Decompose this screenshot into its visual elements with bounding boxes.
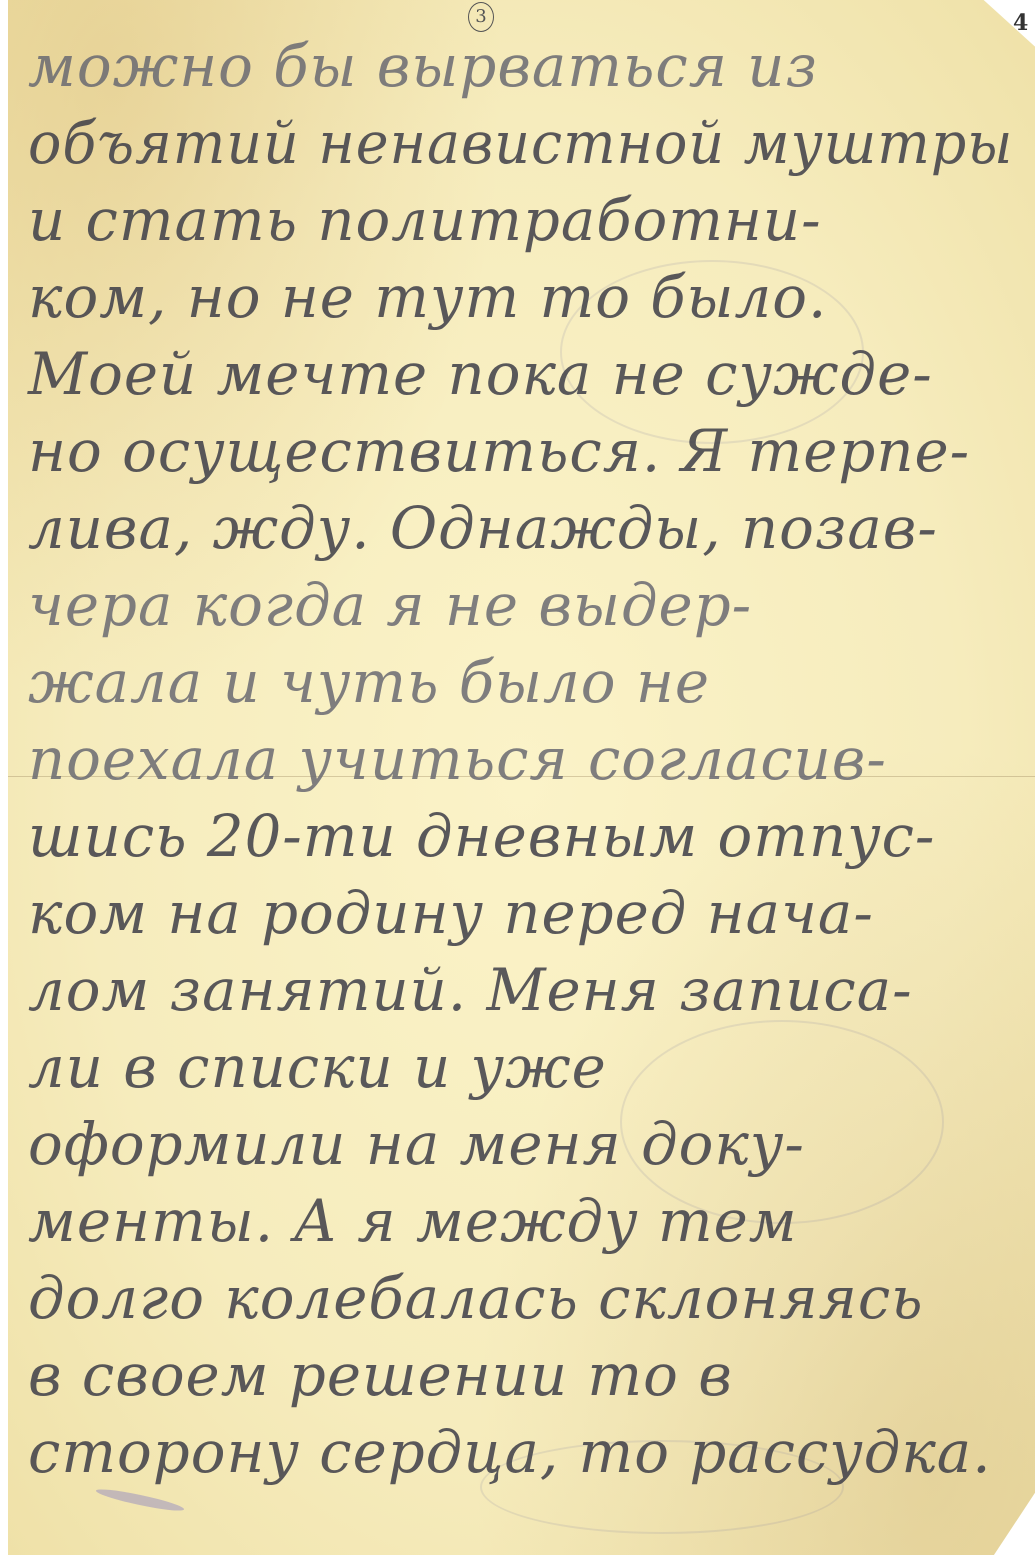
text-line: жала и чуть было не bbox=[28, 636, 1013, 713]
text-line: ли в списки и уже bbox=[28, 1021, 1013, 1098]
text-line: шись 20-ти дневным отпус- bbox=[28, 790, 1013, 867]
text-line: и стать политработни- bbox=[28, 174, 1013, 251]
text-line: Моей мечте пока не сужде- bbox=[28, 328, 1013, 405]
text-line: лом занятий. Меня записа- bbox=[28, 944, 1013, 1021]
text-line: сторону сердца, то рассудка. bbox=[28, 1406, 1013, 1483]
text-line: лива, жду. Однажды, позав- bbox=[28, 482, 1013, 559]
text-line: долго колебалась склоняясь bbox=[28, 1252, 1013, 1329]
text-line: поехала учиться согласив- bbox=[28, 713, 1013, 790]
text-line: ком на родину перед нача- bbox=[28, 867, 1013, 944]
handwritten-text-body: можно бы вырваться из объятий ненавистно… bbox=[28, 20, 1018, 1483]
text-line: в своем решении то в bbox=[28, 1329, 1013, 1406]
text-line: оформили на меня доку- bbox=[28, 1098, 1013, 1175]
text-line: объятий ненавистной муштры bbox=[28, 97, 975, 174]
text-line: ком, но не тут то было. bbox=[28, 251, 1013, 328]
text-line: чера когда я не выдер- bbox=[28, 559, 1013, 636]
text-line: можно бы вырваться из bbox=[28, 20, 1013, 97]
text-line: менты. А я между тем bbox=[28, 1175, 1013, 1252]
text-line: но осуществиться. Я терпе- bbox=[28, 405, 1013, 482]
